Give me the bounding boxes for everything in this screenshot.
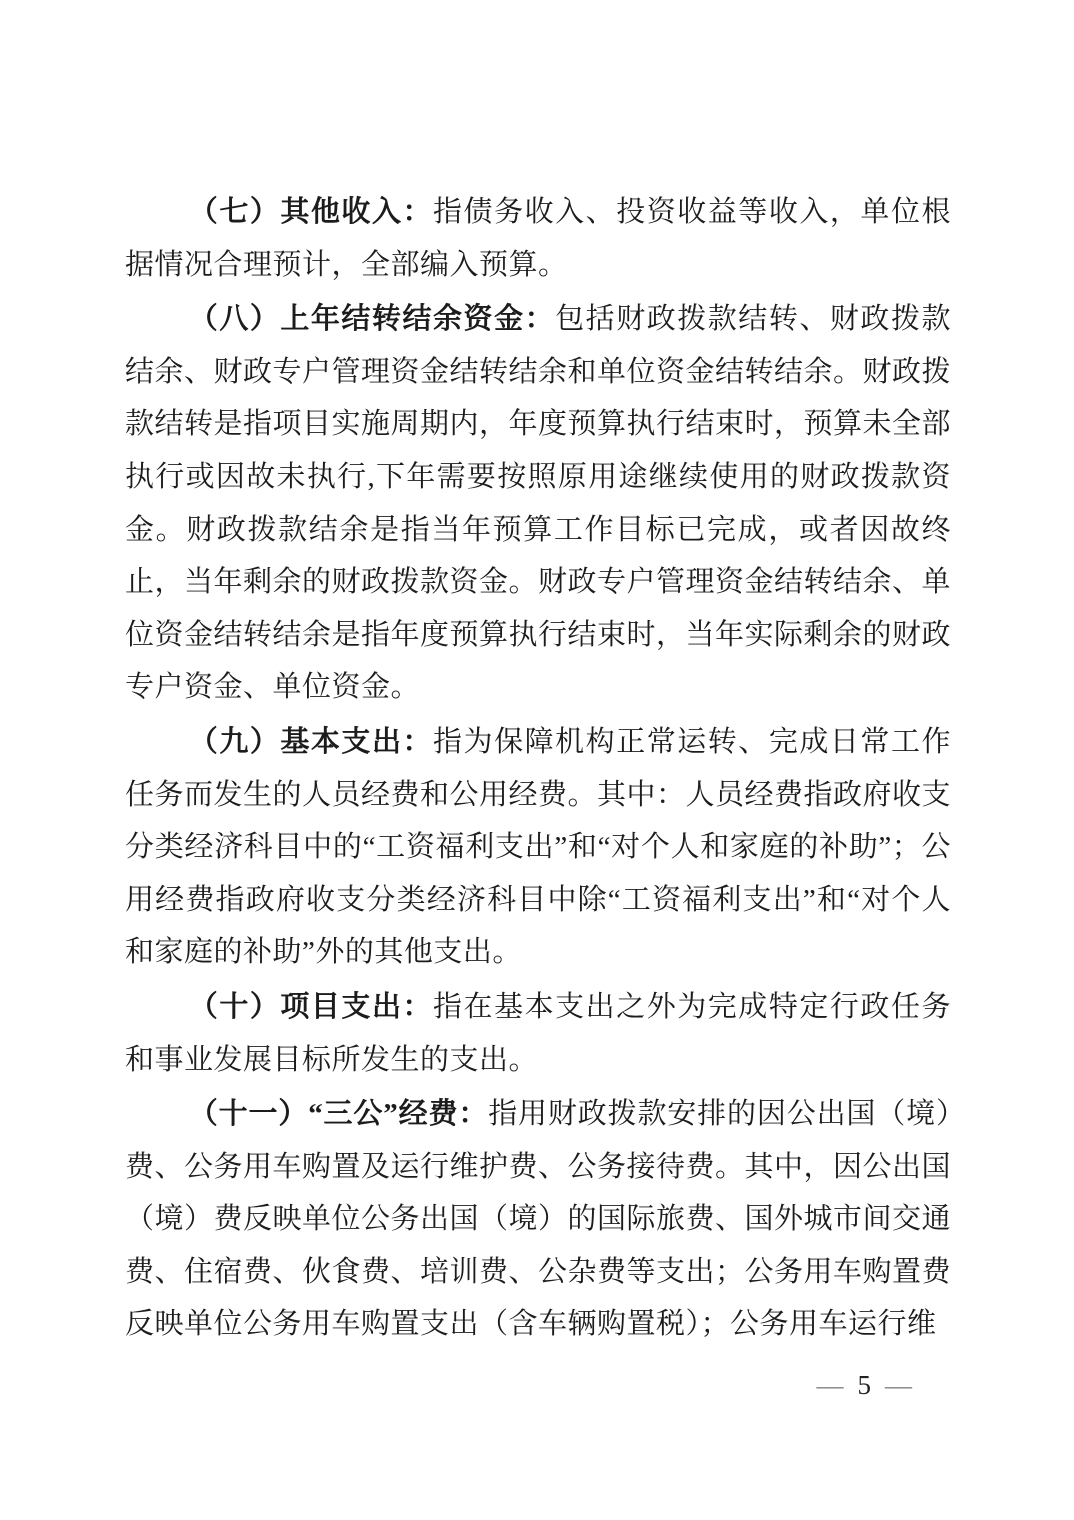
paragraph-body: 指用财政拨款安排的因公出国（境）费、公务用车购置及运行维护费、公务接待费。其中，… — [125, 1098, 951, 1340]
document-body: （七）其他收入：指债务收入、投资收益等收入，单位根据情况合理预计，全部编入预算。… — [125, 186, 951, 1353]
footer-dash-left: — — [809, 1370, 854, 1400]
paragraph-heading: （十一）“三公”经费： — [189, 1098, 488, 1130]
document-page: （七）其他收入：指债务收入、投资收益等收入，单位根据情况合理预计，全部编入预算。… — [0, 0, 1074, 1520]
paragraph-heading: （八）上年结转结余资金： — [189, 303, 555, 335]
paragraph-basic-expenditure: （九）基本支出：指为保障机构正常运转、完成日常工作任务而发生的人员经费和公用经费… — [125, 716, 951, 979]
paragraph-body: 指为保障机构正常运转、完成日常工作任务而发生的人员经费和公用经费。其中：人员经费… — [125, 726, 951, 968]
page-number: 5 — [854, 1370, 878, 1400]
paragraph-heading: （七）其他收入： — [189, 196, 433, 228]
paragraph-three-public-funds: （十一）“三公”经费：指用财政拨款安排的因公出国（境）费、公务用车购置及运行维护… — [125, 1088, 951, 1351]
paragraph-heading: （九）基本支出： — [189, 726, 433, 758]
paragraph-body: 包括财政拨款结转、财政拨款结余、财政专户管理资金结转结余和单位资金结转结余。财政… — [125, 303, 951, 703]
page-footer: —5— — [809, 1365, 923, 1405]
paragraph-other-income: （七）其他收入：指债务收入、投资收益等收入，单位根据情况合理预计，全部编入预算。 — [125, 186, 951, 291]
paragraph-project-expenditure: （十）项目支出：指在基本支出之外为完成特定行政任务和事业发展目标所发生的支出。 — [125, 981, 951, 1086]
paragraph-heading: （十）项目支出： — [189, 991, 433, 1023]
footer-dash-right: — — [877, 1370, 922, 1400]
paragraph-carryover-funds: （八）上年结转结余资金：包括财政拨款结转、财政拨款结余、财政专户管理资金结转结余… — [125, 293, 951, 714]
